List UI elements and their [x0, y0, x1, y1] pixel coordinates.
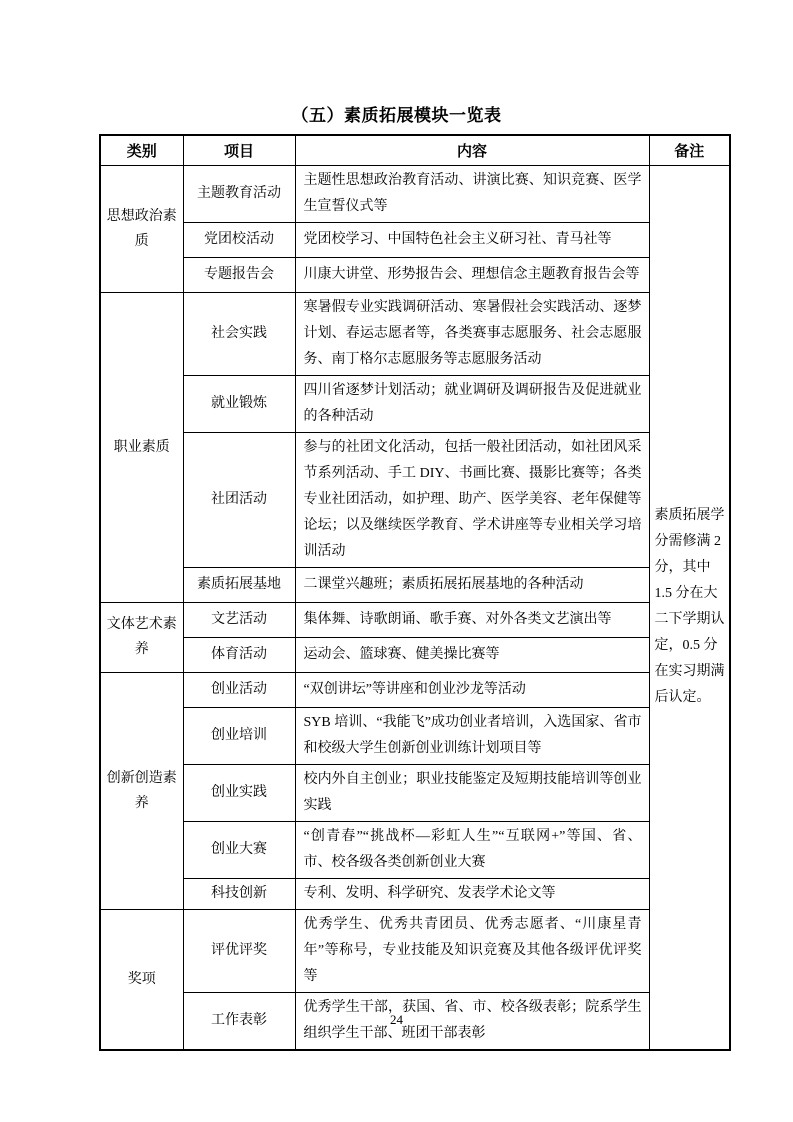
category-cell: 奖项	[100, 909, 183, 1050]
content-cell: 集体舞、诗歌朗诵、歌手赛、对外各类文艺演出等	[295, 602, 649, 637]
table-row: 素质拓展基地 二课堂兴趣班；素质拓展拓展基地的各种活动	[100, 567, 730, 602]
header-category: 类别	[100, 135, 183, 165]
content-cell: 党团校学习、中国特色社会主义研习社、青马社等	[295, 222, 649, 257]
content-cell: 四川省逐梦计划活动；就业调研及调研报告及促进就业的各种活动	[295, 375, 649, 432]
header-content: 内容	[295, 135, 649, 165]
content-cell: 主题性思想政治教育活动、讲演比赛、知识竞赛、医学生宣誓仪式等	[295, 165, 649, 222]
table-row: 创新创造素养 创业活动 “双创讲坛”等讲座和创业沙龙等活动	[100, 672, 730, 707]
content-cell: 寒暑假专业实践调研活动、寒暑假社会实践活动、逐梦计划、春运志愿者等，各类赛事志愿…	[295, 292, 649, 375]
table-row: 思想政治素质 主题教育活动 主题性思想政治教育活动、讲演比赛、知识竞赛、医学生宣…	[100, 165, 730, 222]
page-number: 24	[0, 1012, 793, 1028]
project-cell: 创业活动	[183, 672, 295, 707]
table-row: 专题报告会 川康大讲堂、形势报告会、理想信念主题教育报告会等	[100, 257, 730, 292]
header-remark: 备注	[649, 135, 730, 165]
table-row: 科技创新 专利、发明、科学研究、发表学术论文等	[100, 878, 730, 909]
project-cell: 科技创新	[183, 878, 295, 909]
project-cell: 社团活动	[183, 432, 295, 567]
table-row: 党团校活动 党团校学习、中国特色社会主义研习社、青马社等	[100, 222, 730, 257]
content-cell: 运动会、篮球赛、健美操比赛等	[295, 637, 649, 672]
table-header-row: 类别 项目 内容 备注	[100, 135, 730, 165]
project-cell: 党团校活动	[183, 222, 295, 257]
remark-cell: 素质拓展学分需修满 2 分，其中 1.5 分在大二下学期认定，0.5 分在实习期…	[649, 165, 730, 1050]
project-cell: 评优评奖	[183, 909, 295, 992]
content-cell: 川康大讲堂、形势报告会、理想信念主题教育报告会等	[295, 257, 649, 292]
project-cell: 体育活动	[183, 637, 295, 672]
project-cell: 主题教育活动	[183, 165, 295, 222]
project-cell: 素质拓展基地	[183, 567, 295, 602]
table-row: 社团活动 参与的社团文化活动，包括一般社团活动，如社团风采节系列活动、手工 DI…	[100, 432, 730, 567]
content-cell: 专利、发明、科学研究、发表学术论文等	[295, 878, 649, 909]
table-row: 文体艺术素养 文艺活动 集体舞、诗歌朗诵、歌手赛、对外各类文艺演出等	[100, 602, 730, 637]
project-cell: 专题报告会	[183, 257, 295, 292]
table-row: 创业培训 SYB 培训、“我能飞”成功创业者培训，入选国家、省市和校级大学生创新…	[100, 707, 730, 764]
content-cell: 优秀学生、优秀共青团员、优秀志愿者、“川康星青年”等称号，专业技能及知识竞赛及其…	[295, 909, 649, 992]
category-cell: 创新创造素养	[100, 672, 183, 909]
project-cell: 就业锻炼	[183, 375, 295, 432]
header-project: 项目	[183, 135, 295, 165]
project-cell: 文艺活动	[183, 602, 295, 637]
page-title: （五）素质拓展模块一览表	[0, 0, 793, 134]
content-cell: “创青春”“挑战杯—彩虹人生”“互联网+”等国、省、市、校各级各类创新创业大赛	[295, 821, 649, 878]
project-cell: 创业实践	[183, 764, 295, 821]
content-cell: “双创讲坛”等讲座和创业沙龙等活动	[295, 672, 649, 707]
content-cell: 二课堂兴趣班；素质拓展拓展基地的各种活动	[295, 567, 649, 602]
project-cell: 社会实践	[183, 292, 295, 375]
table-row: 创业实践 校内外自主创业；职业技能鉴定及短期技能培训等创业实践	[100, 764, 730, 821]
quality-development-table: 类别 项目 内容 备注 思想政治素质 主题教育活动 主题性思想政治教育活动、讲演…	[99, 134, 731, 1051]
category-cell: 职业素质	[100, 292, 183, 602]
project-cell: 创业培训	[183, 707, 295, 764]
content-cell: SYB 培训、“我能飞”成功创业者培训，入选国家、省市和校级大学生创新创业训练计…	[295, 707, 649, 764]
table-row: 创业大赛 “创青春”“挑战杯—彩虹人生”“互联网+”等国、省、市、校各级各类创新…	[100, 821, 730, 878]
table-row: 就业锻炼 四川省逐梦计划活动；就业调研及调研报告及促进就业的各种活动	[100, 375, 730, 432]
category-cell: 思想政治素质	[100, 165, 183, 292]
content-cell: 参与的社团文化活动，包括一般社团活动，如社团风采节系列活动、手工 DIY、书画比…	[295, 432, 649, 567]
category-cell: 文体艺术素养	[100, 602, 183, 672]
table-row: 奖项 评优评奖 优秀学生、优秀共青团员、优秀志愿者、“川康星青年”等称号，专业技…	[100, 909, 730, 992]
table-row: 职业素质 社会实践 寒暑假专业实践调研活动、寒暑假社会实践活动、逐梦计划、春运志…	[100, 292, 730, 375]
document-page: （五）素质拓展模块一览表 类别 项目 内容 备注 思想政治素质 主题教育活动 主…	[0, 0, 793, 1122]
table-row: 体育活动 运动会、篮球赛、健美操比赛等	[100, 637, 730, 672]
project-cell: 创业大赛	[183, 821, 295, 878]
content-cell: 校内外自主创业；职业技能鉴定及短期技能培训等创业实践	[295, 764, 649, 821]
